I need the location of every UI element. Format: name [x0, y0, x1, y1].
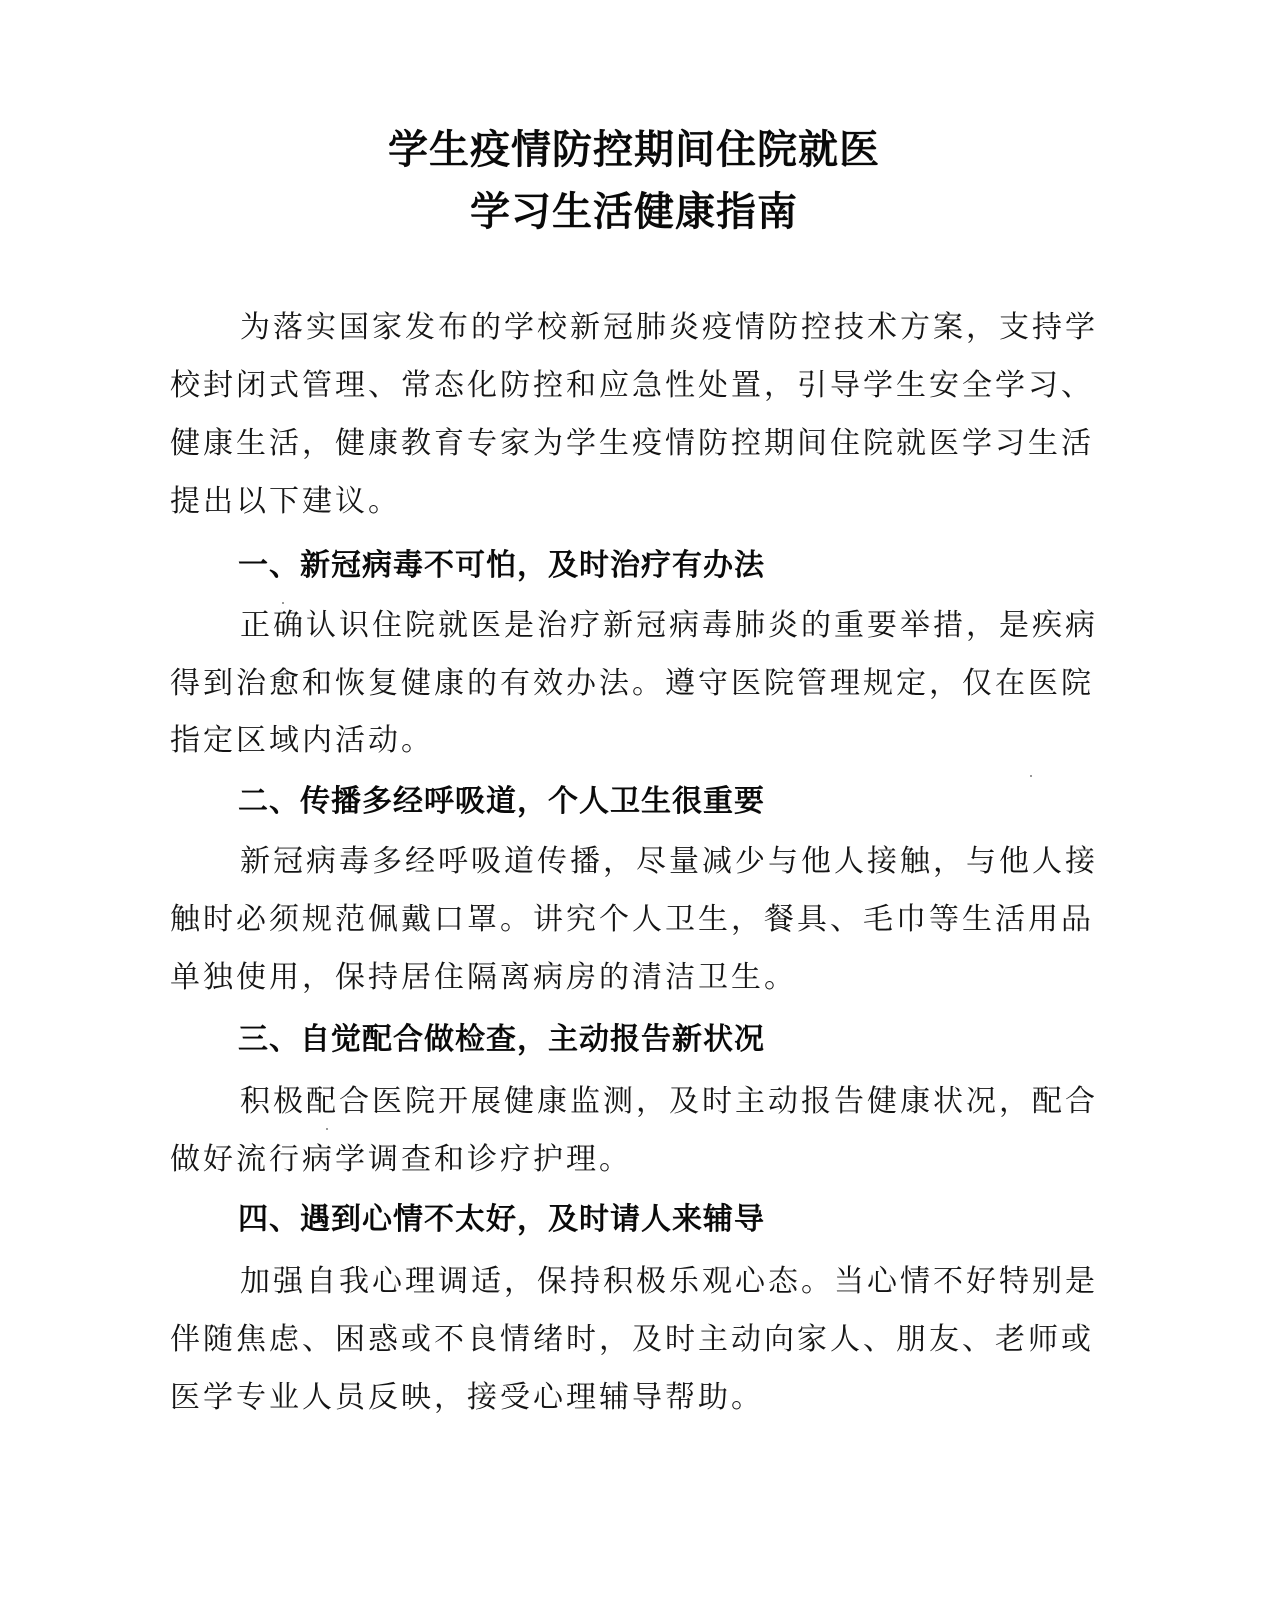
section-3-heading: 三、自觉配合做检查，主动报告新状况 [238, 1020, 765, 1060]
section-2-line-2: 触时必须规范佩戴口罩。讲究个人卫生，餐具、毛巾等生活用品 [170, 900, 1120, 940]
intro-line-1: 为落实国家发布的学校新冠肺炎疫情防控技术方案，支持学 [240, 308, 1190, 348]
section-2-line-1: 新冠病毒多经呼吸道传播，尽量减少与他人接触，与他人接 [240, 842, 1190, 882]
section-2-heading: 二、传播多经呼吸道，个人卫生很重要 [238, 782, 765, 822]
intro-line-2: 校封闭式管理、常态化防控和应急性处置，引导学生安全学习、 [170, 366, 1120, 406]
section-3-line-1: 积极配合医院开展健康监测，及时主动报告健康状况，配合 [240, 1082, 1190, 1122]
section-1-line-1: 正确认识住院就医是治疗新冠病毒肺炎的重要举措，是疾病 [240, 606, 1190, 646]
scan-speck [1030, 775, 1032, 777]
section-4-line-2: 伴随焦虑、困惑或不良情绪时，及时主动向家人、朋友、老师或 [170, 1320, 1120, 1360]
intro-line-4: 提出以下建议。 [170, 482, 1120, 522]
section-4-heading: 四、遇到心情不太好，及时请人来辅导 [238, 1200, 765, 1240]
section-4-line-1: 加强自我心理调适，保持积极乐观心态。当心情不好特别是 [240, 1262, 1190, 1302]
document-title-line-1: 学生疫情防控期间住院就医 [0, 118, 1268, 175]
section-1-line-2: 得到治愈和恢复健康的有效办法。遵守医院管理规定，仅在医院 [170, 664, 1120, 704]
section-2-line-3: 单独使用，保持居住隔离病房的清洁卫生。 [170, 958, 1120, 998]
section-1-heading: 一、新冠病毒不可怕，及时治疗有办法 [238, 546, 765, 586]
section-1-line-3: 指定区域内活动。 [170, 721, 1120, 761]
section-4-line-3: 医学专业人员反映，接受心理辅导帮助。 [170, 1378, 1120, 1418]
document-page: 学生疫情防控期间住院就医 学习生活健康指南 为落实国家发布的学校新冠肺炎疫情防控… [0, 0, 1268, 1600]
scan-speck [326, 1128, 328, 1130]
section-3-line-2: 做好流行病学调查和诊疗护理。 [170, 1140, 1120, 1180]
document-title-line-2: 学习生活健康指南 [0, 180, 1268, 237]
scan-speck [282, 602, 284, 604]
intro-line-3: 健康生活，健康教育专家为学生疫情防控期间住院就医学习生活 [170, 424, 1120, 464]
